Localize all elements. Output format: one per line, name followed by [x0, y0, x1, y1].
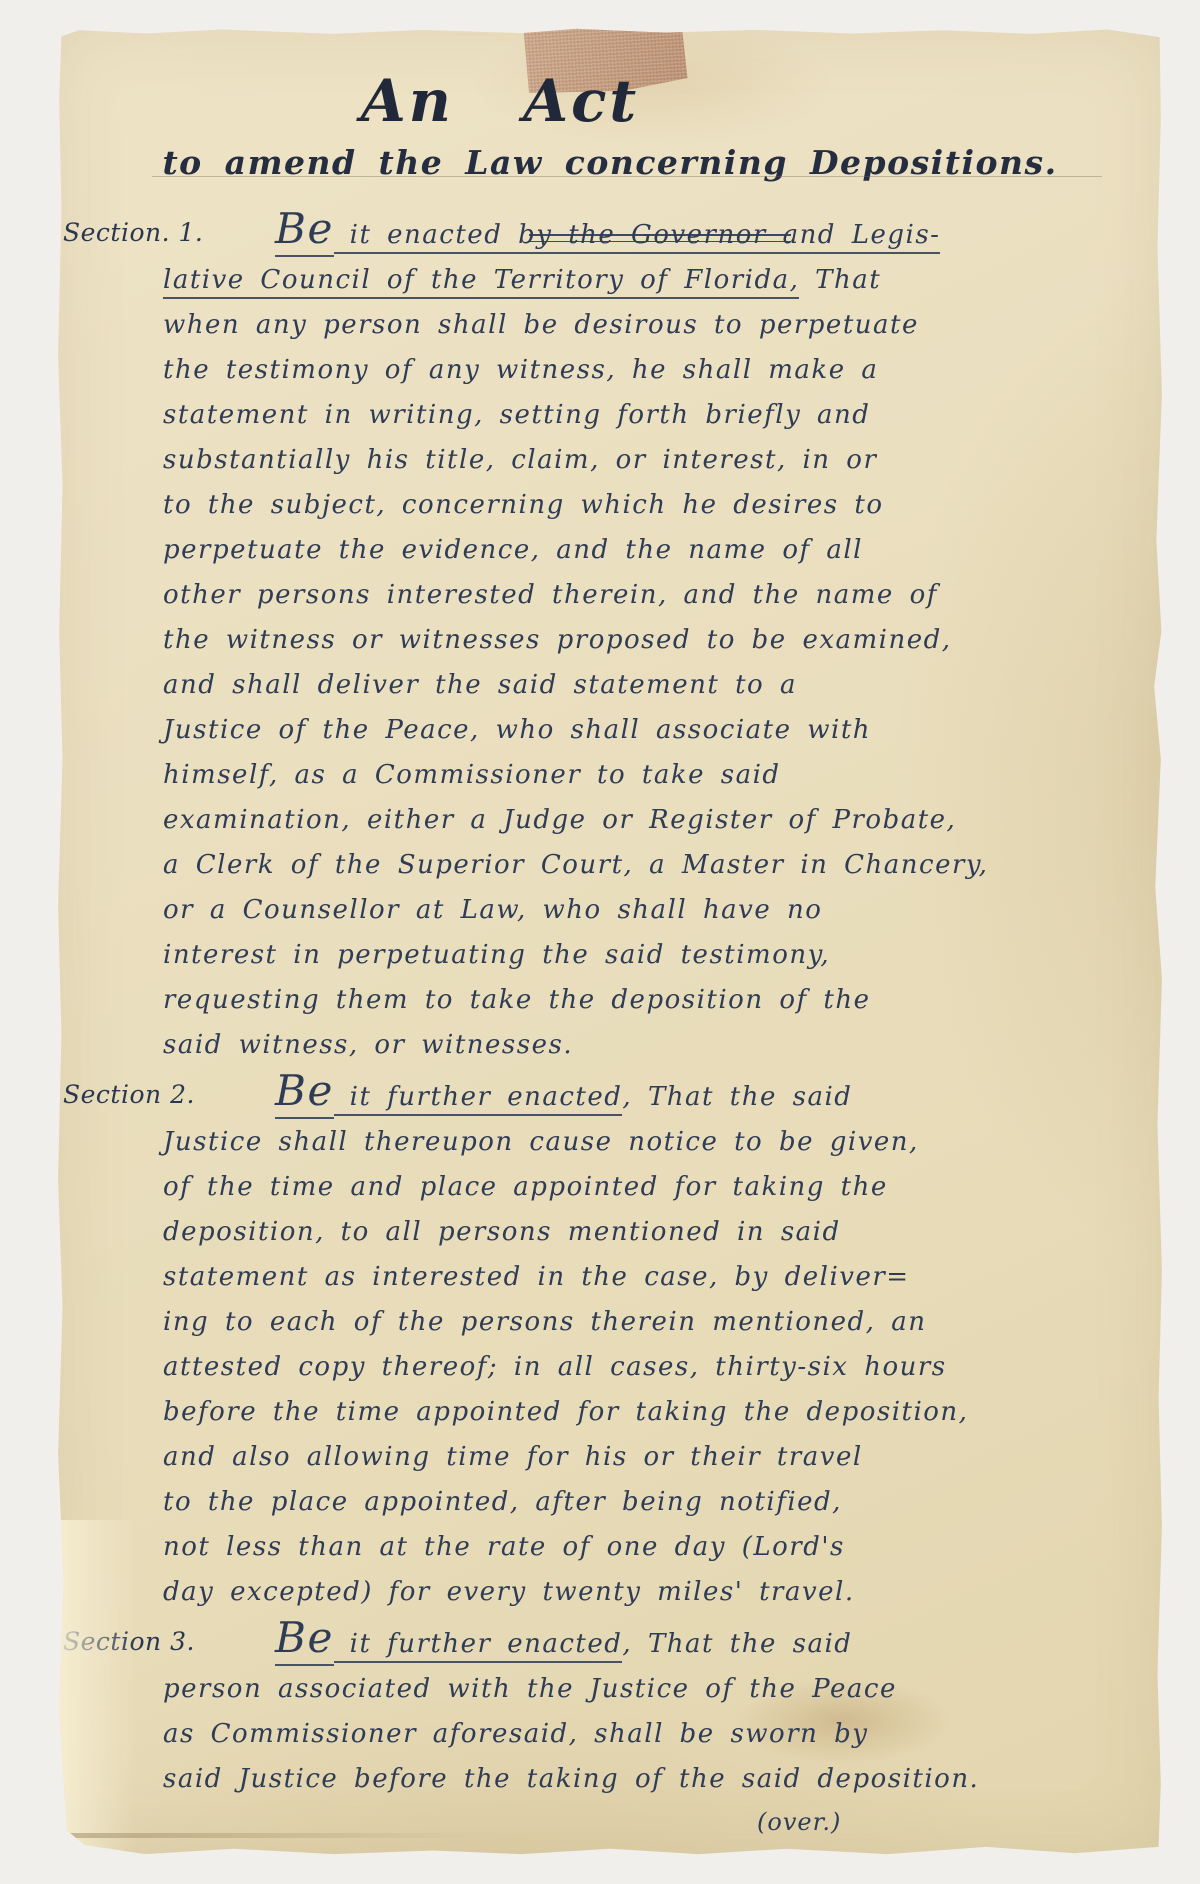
pencil-guideline	[152, 176, 1102, 177]
scan-background: An Act to amend the Law concerning Depos…	[0, 0, 1200, 1884]
manuscript-line: statement as interested in the case, by …	[163, 1255, 1023, 1300]
manuscript-line: not less than at the rate of one day (Lo…	[163, 1525, 1023, 1570]
manuscript-line: before the time appointed for taking the…	[163, 1390, 1023, 1435]
manuscript-line: and also allowing time for his or their …	[163, 1435, 1023, 1480]
phrase: said witness, or witnesses.	[163, 1030, 573, 1060]
manuscript-line: perpetuate the evidence, and the name of…	[163, 528, 1023, 573]
manuscript-line: attested copy thereof; in all cases, thi…	[163, 1345, 1023, 1390]
manuscript-line: when any person shall be desirous to per…	[163, 303, 1023, 348]
manuscript-line: Justice of the Peace, who shall associat…	[163, 708, 1023, 753]
document-subtitle: to amend the Law concerning Depositions.	[57, 140, 1163, 186]
manuscript-line: of the time and place appointed for taki…	[163, 1165, 1023, 1210]
phrase: statement in writing, setting forth brie…	[163, 400, 870, 430]
sections-host: Section. 1.Be it enacted by the Governor…	[57, 186, 1163, 1802]
underlined-phrase: Be	[275, 1613, 334, 1666]
manuscript-line: lative Council of the Territory of Flori…	[163, 258, 1023, 303]
manuscript-line: as Commissioner aforesaid, shall be swor…	[163, 1712, 1023, 1757]
phrase: requesting them to take the deposition o…	[163, 985, 870, 1015]
phrase: of the time and place appointed for taki…	[163, 1172, 888, 1202]
phrase: before the time appointed for taking the…	[163, 1397, 968, 1427]
phrase: examination, either a Judge or Register …	[163, 805, 956, 835]
manuscript-line: to the subject, concerning which he desi…	[163, 483, 1023, 528]
phrase: statement as interested in the case, by …	[163, 1262, 910, 1292]
section-body: Be it further enacted, That the saidpers…	[163, 1617, 1023, 1802]
phrase: a Clerk of the Superior Court, a Master …	[163, 850, 988, 880]
phrase: person associated with the Justice of th…	[163, 1674, 897, 1704]
phrase: , That the said	[622, 1082, 852, 1112]
phrase: substantially his title, claim, or inter…	[163, 445, 877, 475]
manuscript-line: a Clerk of the Superior Court, a Master …	[163, 843, 1023, 888]
document-title: An Act	[0, 64, 1053, 138]
manuscript-line: person associated with the Justice of th…	[163, 1667, 1023, 1712]
phrase: and shall deliver the said statement to …	[163, 670, 797, 700]
phrase: or a Counsellor at Law, who shall have n…	[163, 895, 822, 925]
phrase: deposition, to all persons mentioned in …	[163, 1217, 841, 1247]
manuscript-line: requesting them to take the deposition o…	[163, 978, 1023, 1023]
manuscript-line: substantially his title, claim, or inter…	[163, 438, 1023, 483]
phrase: to the subject, concerning which he desi…	[163, 490, 883, 520]
manuscript-line: the testimony of any witness, he shall m…	[163, 348, 1023, 393]
manuscript-line: Justice shall thereupon cause notice to …	[163, 1120, 1023, 1165]
section-label: Section. 1.	[63, 218, 203, 247]
paper-fiber-tuft	[551, 4, 591, 30]
phrase: Justice shall thereupon cause notice to …	[163, 1127, 919, 1157]
manuscript-line: Be it further enacted, That the said	[163, 1617, 1023, 1667]
act-section: Section 3.Be it further enacted, That th…	[57, 1617, 1163, 1802]
manuscript-line: interest in perpetuating the said testim…	[163, 933, 1023, 978]
act-section: Section 2.Be it further enacted, That th…	[57, 1070, 1163, 1615]
manuscript-line: Be it further enacted, That the said	[163, 1070, 1023, 1120]
manuscript-page: An Act to amend the Law concerning Depos…	[57, 28, 1163, 1856]
manuscript-line: deposition, to all persons mentioned in …	[163, 1210, 1023, 1255]
manuscript-line: or a Counsellor at Law, who shall have n…	[163, 888, 1023, 933]
phrase: Justice of the Peace, who shall associat…	[163, 715, 871, 745]
underlined-phrase: it further enacted	[334, 1629, 623, 1663]
section-body: Be it enacted by the Governor and Legis-…	[163, 208, 1023, 1068]
manuscript-line: Be it enacted by the Governor and Legis-	[163, 208, 1023, 258]
phrase: day excepted) for every twenty miles' tr…	[163, 1577, 855, 1607]
manuscript-line: the witness or witnesses proposed to be …	[163, 618, 1023, 663]
phrase: the testimony of any witness, he shall m…	[163, 355, 878, 385]
phrase: the witness or witnesses proposed to be …	[163, 625, 952, 655]
phrase: other persons interested therein, and th…	[163, 580, 938, 610]
phrase: and also allowing time for his or their …	[163, 1442, 863, 1472]
phrase: not less than at the rate of one day (Lo…	[163, 1532, 845, 1562]
manuscript-line: statement in writing, setting forth brie…	[163, 393, 1023, 438]
manuscript-line: other persons interested therein, and th…	[163, 573, 1023, 618]
manuscript-line: himself, as a Commissioner to take said	[163, 753, 1023, 798]
underlined-phrase: Be	[275, 204, 334, 257]
manuscript-line: and shall deliver the said statement to …	[163, 663, 1023, 708]
phrase: interest in perpetuating the said testim…	[163, 940, 830, 970]
phrase: ing to each of the persons therein menti…	[163, 1307, 926, 1337]
phrase: attested copy thereof; in all cases, thi…	[163, 1352, 947, 1382]
phrase: said Justice before the taking of the sa…	[163, 1764, 979, 1794]
underlined-phrase: lative Council of the Territory of Flori…	[163, 265, 799, 299]
manuscript-line: examination, either a Judge or Register …	[163, 798, 1023, 843]
phrase: when any person shall be desirous to per…	[163, 310, 919, 340]
paper-fold-shadow	[57, 1833, 477, 1838]
section-label: Section 2.	[63, 1080, 195, 1109]
phrase: That	[799, 265, 881, 295]
section-label: Section 3.	[63, 1627, 195, 1656]
phrase: , That the said	[622, 1629, 852, 1659]
act-section: Section. 1.Be it enacted by the Governor…	[57, 208, 1163, 1068]
underlined-phrase: it further enacted	[334, 1082, 623, 1116]
phrase: as Commissioner aforesaid, shall be swor…	[163, 1719, 868, 1749]
manuscript-line: to the place appointed, after being noti…	[163, 1480, 1023, 1525]
manuscript-line: day excepted) for every twenty miles' tr…	[163, 1570, 1023, 1615]
manuscript-line: said witness, or witnesses.	[163, 1023, 1023, 1068]
manuscript-line: ing to each of the persons therein menti…	[163, 1300, 1023, 1345]
section-body: Be it further enacted, That the saidJust…	[163, 1070, 1023, 1615]
underlined-phrase: Be	[275, 1066, 334, 1119]
phrase: to the place appointed, after being noti…	[163, 1487, 842, 1517]
underlined-phrase: it enacted by the Governor and Legis-	[334, 220, 941, 254]
phrase: himself, as a Commissioner to take said	[163, 760, 781, 790]
phrase: perpetuate the evidence, and the name of…	[163, 535, 863, 565]
manuscript-line: said Justice before the taking of the sa…	[163, 1757, 1023, 1802]
